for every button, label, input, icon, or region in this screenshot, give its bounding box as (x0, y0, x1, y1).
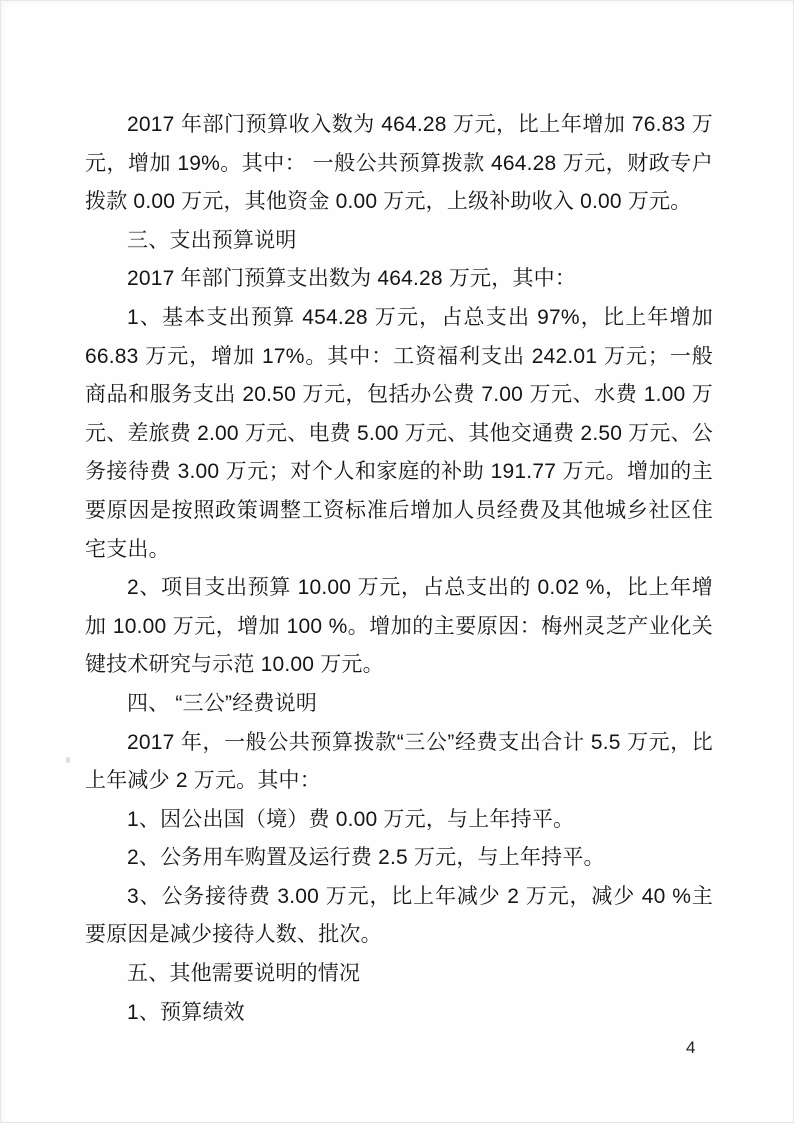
paragraph: 五、其他需要说明的情况 (85, 955, 713, 994)
scan-speck-artifact (65, 757, 70, 764)
paragraph: 四、 “三公”经费说明 (85, 685, 713, 724)
document-page: 2017 年部门预算收入数为 464.28 万元，比上年增加 76.83 万元，… (0, 0, 794, 1123)
paragraph: 1、基本支出预算 454.28 万元，占总支出 97%，比上年增加 66.83 … (85, 299, 713, 569)
paragraph: 2017 年，一般公共预算拨款“三公”经费支出合计 5.5 万元，比上年减少 2… (85, 724, 713, 801)
paragraph: 2017 年部门预算收入数为 464.28 万元，比上年增加 76.83 万元，… (85, 106, 713, 222)
page-number: 4 (686, 1038, 695, 1058)
document-body: 2017 年部门预算收入数为 464.28 万元，比上年增加 76.83 万元，… (85, 106, 713, 1032)
paragraph: 2017 年部门预算支出数为 464.28 万元，其中： (85, 260, 713, 299)
paragraph: 三、支出预算说明 (85, 222, 713, 261)
paragraph: 1、预算绩效 (85, 994, 713, 1033)
paragraph: 2、公务用车购置及运行费 2.5 万元，与上年持平。 (85, 839, 713, 878)
paragraph: 2、项目支出预算 10.00 万元，占总支出的 0.02 %，比上年增加 10.… (85, 569, 713, 685)
paragraph: 1、因公出国（境）费 0.00 万元，与上年持平。 (85, 801, 713, 840)
paragraph: 3、公务接待费 3.00 万元，比上年减少 2 万元，减少 40 %主要原因是减… (85, 878, 713, 955)
